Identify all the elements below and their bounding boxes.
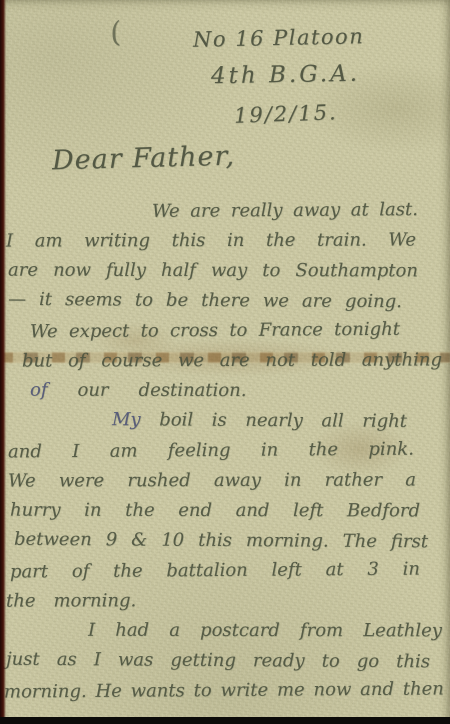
word: from xyxy=(300,620,343,641)
word: had xyxy=(115,620,149,641)
letter-line: between9&10thismorning.Thefirst xyxy=(14,529,428,562)
word: 3 xyxy=(367,559,379,580)
word: seems xyxy=(65,289,122,310)
word: are xyxy=(220,350,250,371)
word: battalion xyxy=(166,560,248,582)
letterhead-unit: 4th B.G.A. xyxy=(211,61,360,90)
word: am xyxy=(110,441,138,462)
word: pink. xyxy=(368,439,414,460)
letter-line: hurryintheendandleftBedford xyxy=(10,500,420,531)
word: at xyxy=(351,199,369,220)
word: in xyxy=(227,230,244,251)
word: to xyxy=(322,651,340,672)
word: Bedford xyxy=(347,500,420,521)
word: in xyxy=(84,500,101,521)
word: am xyxy=(35,230,63,251)
word: destination. xyxy=(139,380,247,401)
letter-line: Wewererushedawayinrathera xyxy=(8,469,416,500)
word: 9 xyxy=(106,529,118,550)
word: We xyxy=(388,229,416,250)
letterhead-platoon: No 16 Platoon xyxy=(193,24,365,52)
word: going. xyxy=(345,291,402,312)
word: morning. xyxy=(53,590,136,611)
word: to xyxy=(229,320,247,341)
letter-line: justasIwasgettingreadytogothis xyxy=(6,649,430,682)
word: and xyxy=(360,679,394,700)
word: ready xyxy=(253,650,305,671)
letter-photo: ( No 16 Platoon 4th B.G.A. 19/2/15. Dear… xyxy=(0,0,450,724)
word: left xyxy=(271,559,301,580)
word: He xyxy=(95,681,122,702)
word: this xyxy=(198,530,232,551)
word: We xyxy=(8,470,36,491)
word: part xyxy=(10,561,48,582)
word: course xyxy=(101,350,162,371)
word: way xyxy=(211,260,247,281)
word: expect xyxy=(69,321,129,342)
word: half xyxy=(161,260,196,281)
word: nearly xyxy=(245,410,303,431)
word: write xyxy=(220,680,268,701)
word: there xyxy=(201,290,250,311)
word: it xyxy=(39,289,52,310)
word: morning. xyxy=(246,530,329,552)
word: and xyxy=(8,441,42,462)
letter-line: butofcoursewearenottoldanything xyxy=(22,349,442,380)
word: now xyxy=(53,260,91,281)
word: me xyxy=(277,679,305,700)
letter-line: IhadapostcardfromLeathley xyxy=(88,620,442,651)
word: and xyxy=(236,500,270,521)
letter-line: andIamfeelinginthepink. xyxy=(8,439,414,472)
word: of xyxy=(68,350,86,371)
letter-line: Iamwritingthisinthetrain.We xyxy=(6,229,416,260)
word: a xyxy=(405,469,416,490)
word: My xyxy=(112,409,141,430)
word: left xyxy=(293,500,323,521)
word: to xyxy=(141,320,159,341)
word: be xyxy=(166,290,188,311)
word: not xyxy=(265,350,295,371)
word: we xyxy=(178,350,204,371)
word: France xyxy=(259,319,323,340)
word: in xyxy=(261,440,279,461)
word: the xyxy=(6,591,36,612)
word: was xyxy=(118,649,154,670)
word: now xyxy=(313,679,351,700)
word: tonight xyxy=(334,319,400,340)
word: last. xyxy=(379,199,418,220)
word: we xyxy=(263,290,289,311)
word: a xyxy=(169,620,180,641)
word: were xyxy=(59,470,104,491)
word: our xyxy=(77,380,108,401)
word: end xyxy=(178,500,212,521)
photo-left-edge xyxy=(0,0,6,724)
photo-bottom-edge xyxy=(0,717,450,724)
letter-line: WeexpecttocrosstoFrancetonight xyxy=(30,319,400,352)
letter-line: ofourdestination. xyxy=(30,380,450,411)
word: Leathley xyxy=(363,620,442,641)
letter-line: Wearereallyawayatlast. xyxy=(152,199,418,231)
word: first xyxy=(391,531,428,552)
letter-line: —itseemstobetherewearegoing. xyxy=(8,289,402,321)
word: really xyxy=(231,200,283,221)
letter-line: themorning. xyxy=(6,589,450,620)
word: are xyxy=(190,200,220,221)
letterhead-date: 19/2/15. xyxy=(234,100,338,128)
salutation: Dear Father, xyxy=(52,141,236,177)
word: go xyxy=(357,651,379,672)
word: of xyxy=(72,561,90,582)
word: anything xyxy=(362,349,442,370)
word: getting xyxy=(170,650,236,671)
word: between xyxy=(14,529,92,550)
word: just xyxy=(6,649,40,670)
word: rather xyxy=(325,470,382,491)
word: I xyxy=(6,231,13,252)
word: morning. xyxy=(4,681,87,703)
word: boil xyxy=(159,409,193,430)
word: cross xyxy=(170,320,218,341)
letter-body: Wearereallyawayatlast.Iamwritingthisinth… xyxy=(0,200,450,710)
word: hurry xyxy=(10,500,61,521)
word: this xyxy=(172,230,206,251)
word: We xyxy=(152,201,180,222)
letter-line: arenowfullyhalfwaytoSouthampton xyxy=(8,260,418,291)
word: postcard xyxy=(200,620,280,641)
word: to xyxy=(194,680,212,701)
word: is xyxy=(212,410,227,431)
word: told xyxy=(311,350,346,371)
word: I xyxy=(72,441,79,462)
word: as xyxy=(57,649,77,670)
word: but xyxy=(22,350,52,371)
word: right xyxy=(362,411,407,432)
word: the xyxy=(113,561,143,582)
word: to xyxy=(135,290,153,311)
word: The xyxy=(343,531,377,552)
word: are xyxy=(302,291,332,312)
word: the xyxy=(266,230,296,251)
word: 10 xyxy=(161,530,184,551)
word: Southampton xyxy=(295,260,418,281)
word: away xyxy=(293,200,340,221)
word: away xyxy=(214,470,261,491)
word: at xyxy=(326,559,344,580)
word: the xyxy=(308,439,338,460)
word: — xyxy=(8,289,26,310)
word: the xyxy=(125,500,155,521)
word: then xyxy=(403,678,444,699)
word: wants xyxy=(131,680,185,701)
word: are xyxy=(8,260,38,281)
word: fully xyxy=(106,260,146,281)
letter-line: partofthebattalionleftat3in xyxy=(10,559,420,592)
word: We xyxy=(30,321,58,342)
word: feeling xyxy=(168,440,231,461)
word: to xyxy=(262,260,280,281)
word: in xyxy=(284,470,301,491)
letter-line: Myboilisnearlyallright xyxy=(112,409,407,441)
word: writing xyxy=(84,230,150,251)
word: I xyxy=(88,620,95,641)
letter-line: morning.Hewantstowritemenowandthen xyxy=(4,678,444,711)
word: rushed xyxy=(127,470,190,491)
word: in xyxy=(402,559,420,580)
word: all xyxy=(321,410,343,431)
word: I xyxy=(94,649,101,670)
word: this xyxy=(396,651,430,672)
word: train. xyxy=(317,230,367,251)
word: & xyxy=(131,529,147,550)
word: of xyxy=(30,380,48,401)
